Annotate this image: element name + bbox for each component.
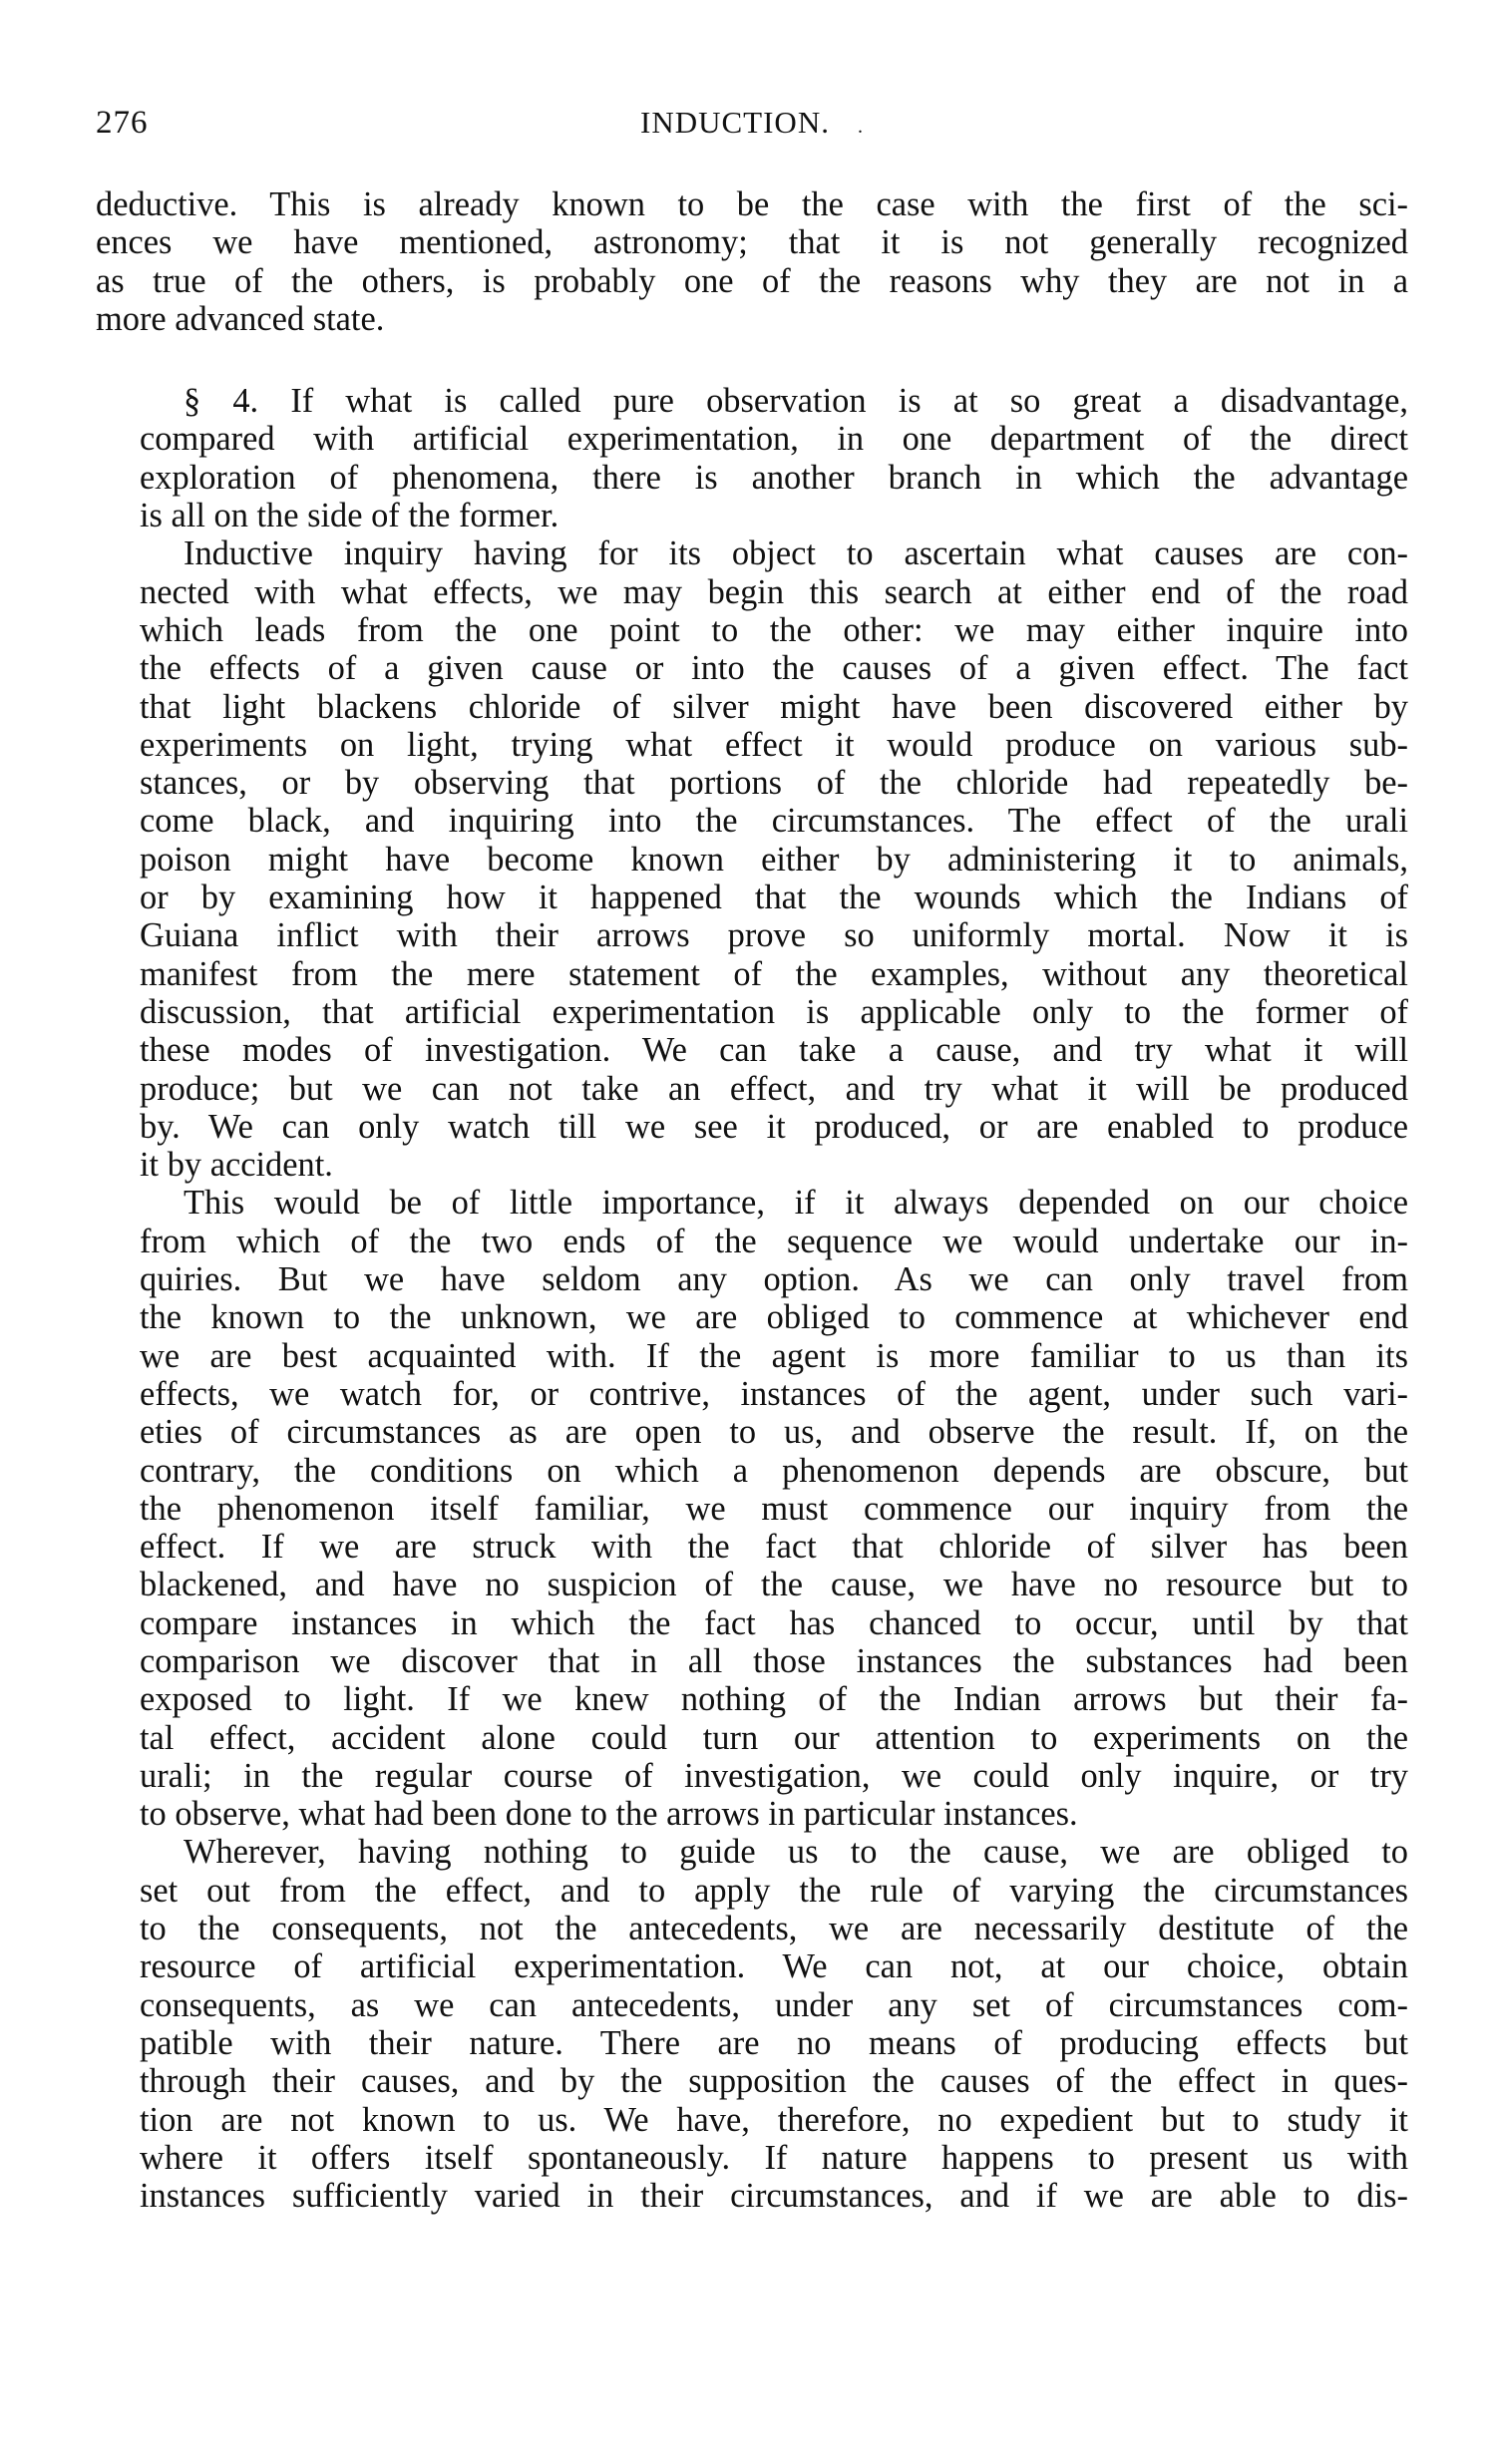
text-line: poison might have become known either by… xyxy=(96,841,1408,879)
paragraph-inductive-inquiry: Inductive inquiry having for its object … xyxy=(96,534,1408,1184)
text-line: come black, and inquiring into the circu… xyxy=(96,802,1408,840)
text-line: tal effect, accident alone could turn ou… xyxy=(96,1719,1408,1757)
text-line: by. We can only watch till we see it pro… xyxy=(96,1108,1408,1146)
text-line: it by accident. xyxy=(96,1146,1408,1184)
text-line: consequents, as we can antecedents, unde… xyxy=(96,1986,1408,2024)
paragraph-wherever: Wherever, having nothing to guide us to … xyxy=(96,1833,1408,2215)
book-page: 276 INDUCTION.. deductive. This is alrea… xyxy=(96,100,1408,2215)
body-text: deductive. This is already known to be t… xyxy=(96,185,1408,2215)
text-line: set out from the effect, and to apply th… xyxy=(96,1872,1408,1910)
text-line: blackened, and have no suspicion of the … xyxy=(96,1566,1408,1603)
paragraph-little-importance: This would be of little importance, if i… xyxy=(96,1184,1408,1833)
text-line: the known to the unknown, we are obliged… xyxy=(96,1298,1408,1336)
text-line: discussion, that artificial experimentat… xyxy=(96,993,1408,1031)
text-line: deductive. This is already known to be t… xyxy=(96,185,1408,223)
text-line: more advanced state. xyxy=(96,300,1408,338)
text-line: ences we have mentioned, astronomy; that… xyxy=(96,223,1408,261)
text-line: exploration of phenomena, there is anoth… xyxy=(96,459,1408,497)
text-line: we are best acquainted with. If the agen… xyxy=(96,1337,1408,1375)
text-line: exposed to light. If we knew nothing of … xyxy=(96,1680,1408,1718)
text-line: which leads from the one point to the ot… xyxy=(96,611,1408,649)
text-line: nected with what effects, we may begin t… xyxy=(96,573,1408,611)
text-line: compared with artificial experimentation… xyxy=(96,420,1408,458)
text-line: to observe, what had been done to the ar… xyxy=(96,1795,1408,1833)
text-line: tion are not known to us. We have, there… xyxy=(96,2101,1408,2139)
text-line: Guiana inflict with their arrows prove s… xyxy=(96,916,1408,954)
text-line: through their causes, and by the supposi… xyxy=(96,2062,1408,2100)
text-line: instances sufficiently varied in their c… xyxy=(96,2177,1408,2215)
text-line: quiries. But we have seldom any option. … xyxy=(96,1260,1408,1298)
text-line: effects, we watch for, or contrive, inst… xyxy=(96,1375,1408,1413)
text-line: urali; in the regular course of investig… xyxy=(96,1757,1408,1795)
text-line: that light blackens chloride of silver m… xyxy=(96,688,1408,726)
text-line: patible with their nature. There are no … xyxy=(96,2024,1408,2062)
text-line: Wherever, having nothing to guide us to … xyxy=(96,1833,1408,1871)
text-line: to the consequents, not the antecedents,… xyxy=(96,1910,1408,1947)
section-heading-line: § 4. If what is called pure observation … xyxy=(96,382,1408,420)
text-line: the phenomenon itself familiar, we must … xyxy=(96,1490,1408,1528)
paragraph-continuation: deductive. This is already known to be t… xyxy=(96,185,1408,338)
text-line: contrary, the conditions on which a phen… xyxy=(96,1452,1408,1490)
text-line: as true of the others, is probably one o… xyxy=(96,262,1408,300)
text-line: compare instances in which the fact has … xyxy=(96,1604,1408,1642)
paragraph-section-4: § 4. If what is called pure observation … xyxy=(96,382,1408,534)
text-line: stances, or by observing that portions o… xyxy=(96,764,1408,802)
text-line: from which of the two ends of the sequen… xyxy=(96,1223,1408,1260)
text-line: eties of circumstances as are open to us… xyxy=(96,1413,1408,1451)
running-head: 276 INDUCTION.. xyxy=(96,100,1408,146)
running-head-title: INDUCTION. xyxy=(640,105,830,140)
text-line: resource of artificial experimentation. … xyxy=(96,1947,1408,1985)
text-line: experiments on light, trying what effect… xyxy=(96,726,1408,764)
text-line: or by examining how it happened that the… xyxy=(96,879,1408,916)
text-line: effect. If we are struck with the fact t… xyxy=(96,1528,1408,1566)
text-line: where it offers itself spontaneously. If… xyxy=(96,2139,1408,2177)
stray-print-mark: . xyxy=(858,116,864,138)
text-line: Inductive inquiry having for its object … xyxy=(96,534,1408,572)
running-head-title-wrap: INDUCTION.. xyxy=(96,100,1408,150)
text-line: produce; but we can not take an effect, … xyxy=(96,1070,1408,1108)
text-line: manifest from the mere statement of the … xyxy=(96,955,1408,993)
text-line: the effects of a given cause or into the… xyxy=(96,649,1408,687)
text-line: these modes of investigation. We can tak… xyxy=(96,1031,1408,1069)
text-line: comparison we discover that in all those… xyxy=(96,1642,1408,1680)
text-line: is all on the side of the former. xyxy=(96,497,1408,534)
text-line: This would be of little importance, if i… xyxy=(96,1184,1408,1222)
